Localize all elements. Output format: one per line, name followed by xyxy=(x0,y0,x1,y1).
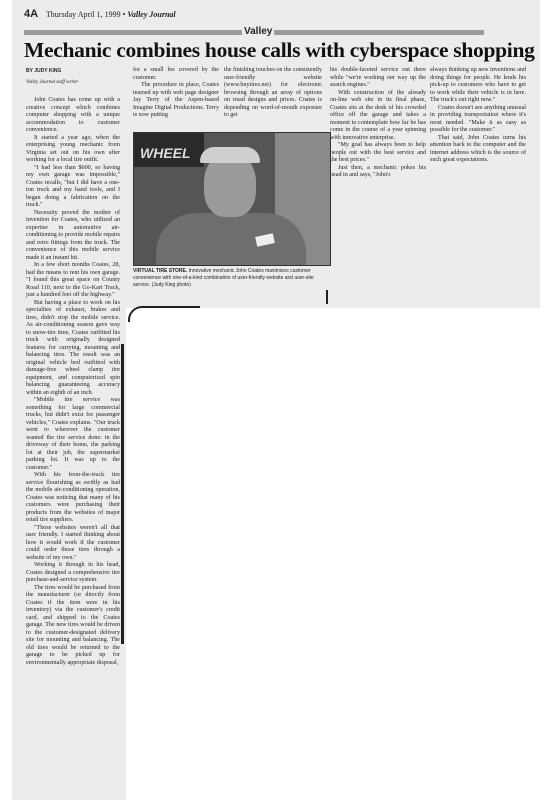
person-body xyxy=(156,213,306,266)
masthead: 4A Thursday April 1, 1999 • Valley Journ… xyxy=(24,8,176,20)
paragraph: Coates doesn't see anything unusual in p… xyxy=(430,105,526,135)
article-photo: WHEEL xyxy=(133,132,331,266)
article-column-1: John Coates has come up with a creative … xyxy=(26,97,120,667)
byline: BY JUDY KING xyxy=(26,68,61,74)
paragraph: always thinking up new inventions and do… xyxy=(430,67,526,105)
photo-credit: (Judy King photo) xyxy=(152,282,191,288)
byline-credit: Valley Journal staff writer xyxy=(26,80,78,85)
separator: • xyxy=(123,10,126,19)
box-rule xyxy=(128,306,200,322)
column-rule xyxy=(121,344,124,644)
section-label: Valley xyxy=(242,26,274,37)
person-cap xyxy=(200,147,260,163)
article-column-4: his double-faceted service out there whi… xyxy=(330,67,426,180)
sign-text: WHEEL xyxy=(140,145,191,161)
paragraph: With his from-the-truck tire service flo… xyxy=(26,472,120,525)
article-column-3: the finishing touches on the consistentl… xyxy=(224,67,322,120)
paragraph: Just then, a mechanic pokes his head in … xyxy=(330,165,426,180)
headline: Mechanic combines house calls with cyber… xyxy=(24,38,535,63)
page-number: 4A xyxy=(24,8,38,20)
article-column-5: always thinking up new inventions and do… xyxy=(430,67,526,165)
paragraph: "Mobile tire service was something for l… xyxy=(26,397,120,472)
paragraph: his double-faceted service out there whi… xyxy=(330,67,426,90)
wheel-sign: WHEEL xyxy=(134,133,204,167)
paragraph: In a few short months Coates, 28, had th… xyxy=(26,262,120,300)
paragraph: Working it through in his head, Coates d… xyxy=(26,562,120,585)
paragraph: The tires would be purchased from the ma… xyxy=(26,585,120,668)
paragraph: for a small fee covered by the customer. xyxy=(133,67,219,82)
paragraph: That said, John Coates turns his attenti… xyxy=(430,135,526,165)
paragraph: "My goal has always been to help people … xyxy=(330,142,426,165)
paragraph: But having a place to work on his specia… xyxy=(26,300,120,398)
caption-kicker: VIRTUAL TIRE STORE. xyxy=(133,268,187,274)
paragraph: "I had less than $600, so having my own … xyxy=(26,165,120,210)
publication-name: Valley Journal xyxy=(127,10,175,19)
paragraph: The procedure in place, Coates teamed up… xyxy=(133,82,219,120)
issue-date: Thursday April 1, 1999 xyxy=(46,10,121,19)
photo-caption: VIRTUAL TIRE STORE. Innovative mechanic … xyxy=(133,268,329,289)
paragraph: It started a year ago, when the enterpri… xyxy=(26,135,120,165)
paragraph: "Those websites weren't all that user fr… xyxy=(26,525,120,563)
paragraph: John Coates has come up with a creative … xyxy=(26,97,120,135)
box-rule xyxy=(326,290,328,304)
paragraph: With construction of the already on-line… xyxy=(330,90,426,143)
paragraph: Necessity proved the mother of invention… xyxy=(26,210,120,263)
paragraph: the finishing touches on the consistentl… xyxy=(224,67,322,120)
article-column-2: for a small fee covered by the customer.… xyxy=(133,67,219,120)
